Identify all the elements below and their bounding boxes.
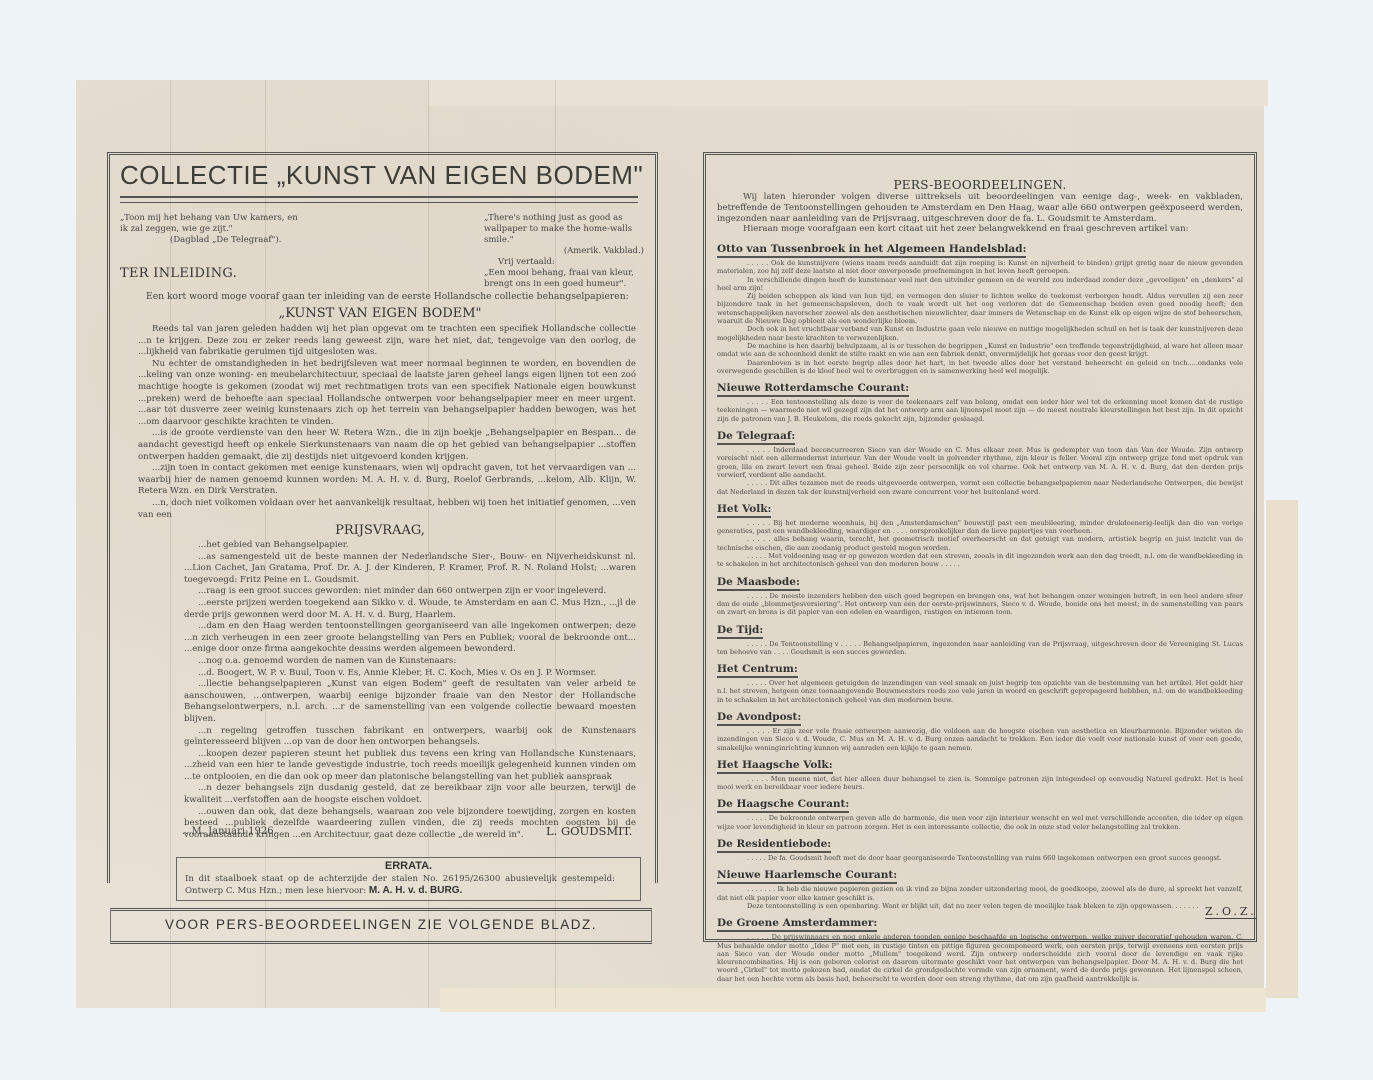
press-intro: Wij laten hieronder volgen diverse uittr… (717, 192, 1243, 235)
paragraph: ...d. Boogert, W. P. v. Buul, Toon v. Es… (184, 668, 636, 680)
review-block: De Haagsche Courant:. . . . . De bekroon… (717, 792, 1243, 831)
review-text: . . . . . Men meene niet, dat hier allee… (717, 775, 1243, 792)
review-paragraph: . . . . . Ook de kunstnijvere (wiens naa… (717, 259, 1243, 276)
quote-right: „There's nothing just as good as wallpap… (484, 213, 644, 290)
review-text: . . . . . Bij het moderne woonhuis, bij … (717, 519, 1243, 569)
paper-overlap-right (1266, 500, 1298, 998)
paragraph: ...raag is een groot succes geworden: ni… (184, 586, 636, 598)
review-paragraph: Zij beiden scheppen als kind van hun tij… (717, 292, 1243, 325)
quote-right-translation-label: Vrij vertaald: (484, 257, 644, 268)
paragraph: ...eerste prijzen werden toegekend aan S… (184, 598, 636, 621)
intro-body: Reeds tal van jaren geleden hadden wij h… (138, 324, 636, 521)
page-title: COLLECTIE „KUNST VAN EIGEN BODEM" (120, 160, 640, 191)
review-source: De Haagsche Courant: (717, 798, 849, 813)
review-text: . . . . . Over het algemeen getuigden de… (717, 679, 1243, 704)
review-paragraph: Daarenboven is in het eerste begrip alle… (717, 359, 1243, 376)
review-paragraph: . . . . . Men meene niet, dat hier allee… (717, 775, 1243, 792)
review-block: Otto van Tussenbroek in het Algemeen Han… (717, 237, 1243, 375)
review-block: De Avondpost:. . . . . Er zijn zeer vele… (717, 705, 1243, 752)
paragraph: ...koopen dezer papieren steunt het publ… (184, 749, 636, 784)
review-source: Nieuwe Haarlemsche Courant: (717, 869, 897, 884)
paragraph: ...het gebied van Behangselpapier. (184, 540, 636, 552)
paragraph: ...n dezer behangsels zijn dusdanig gest… (184, 783, 636, 806)
review-block: Nieuwe Haarlemsche Courant:. . . . . . .… (717, 863, 1243, 910)
errata-correction: M. A. H. v. d. BURG. (369, 885, 462, 896)
review-paragraph: De machine is hen daarbij behulpzaam, al… (717, 342, 1243, 359)
review-paragraph: . . . . . . . Ik heb die nieuwe papieren… (717, 885, 1243, 902)
review-paragraph: . . . . . Bij het moderne woonhuis, bij … (717, 519, 1243, 536)
review-paragraph: . . . . . De Tentoonstelling v . . . . .… (717, 640, 1243, 657)
paragraph: ...dam en den Haag werden tentoonstellin… (184, 621, 636, 656)
intro-heading: TER INLEIDING. (120, 266, 237, 281)
paragraph: Nu echter de omstandigheden in het bedri… (138, 359, 636, 429)
errata-text: In dit staalboek staat op de achterzijde… (185, 874, 615, 897)
review-source: De Avondpost: (717, 711, 801, 726)
paragraph: ...as samengesteld uit de beste mannen d… (184, 552, 636, 587)
review-block: De Telegraaf:. . . . . Inderdaad beconcu… (717, 424, 1243, 496)
quote-left-attribution: (Dagblad „De Telegraaf"). (120, 235, 300, 246)
quote-right-attribution: (Amerik. Vakblad.) (484, 246, 644, 257)
paper-overlap-bottom (440, 988, 1266, 1012)
signature: L. GOUDSMIT. (546, 824, 632, 838)
review-source: De Telegraaf: (717, 430, 795, 445)
zoz-mark: Z.O.Z. (1205, 905, 1257, 919)
review-paragraph: Doch ook in het vruchtbaar verband van K… (717, 325, 1243, 342)
review-source: Het Centrum: (717, 663, 798, 678)
review-block: Het Centrum:. . . . . Over het algemeen … (717, 657, 1243, 704)
paragraph: ...llectie behangselpapieren „Kunst van … (184, 679, 636, 725)
review-text: . . . . . De fa. Goudsmit heeft met de d… (717, 854, 1243, 862)
footer-box: VOOR PERS-BEOORDEELINGEN ZIE VOLGENDE BL… (110, 908, 652, 944)
paragraph: ...n regeling getroffen tusschen fabrika… (184, 726, 636, 749)
review-text: . . . . . Inderdaad beconcurreeren Sieco… (717, 446, 1243, 496)
review-paragraph: In verschillende dingen heeft de kunsten… (717, 276, 1243, 293)
review-source: De Tijd: (717, 624, 763, 639)
footer-text: VOOR PERS-BEOORDEELINGEN ZIE VOLGENDE BL… (111, 917, 651, 932)
review-block: Het Volk:. . . . . Bij het moderne woonh… (717, 497, 1243, 569)
review-block: De Tijd:. . . . . De Tentoonstelling v .… (717, 618, 1243, 657)
review-source: De Groene Amsterdammer: (717, 917, 877, 932)
paragraph: ...nog o.a. genoemd worden de namen van … (184, 656, 636, 668)
review-source: De Maasbode: (717, 576, 800, 591)
review-paragraph: . . . . . Een tentoonstelling als deze i… (717, 398, 1243, 423)
paragraph: Reeds tal van jaren geleden hadden wij h… (138, 324, 636, 359)
prize-body: ...het gebied van Behangselpapier....as … (184, 540, 636, 841)
quote-left: „Toon mij het behang van Uw kamers, en i… (120, 213, 300, 246)
review-text: . . . . . Er zijn zeer vele fraaie ontwe… (717, 727, 1243, 752)
review-source: Nieuwe Rotterdamsche Courant: (717, 382, 909, 397)
paragraph: ...zijn toen in contact gekomen met eeni… (138, 463, 636, 498)
paragraph: ...n, doch niet volkomen voldaan over he… (138, 498, 636, 521)
review-paragraph: . . . . . Over het algemeen getuigden de… (717, 679, 1243, 704)
review-paragraph: . . . . . Inderdaad beconcurreeren Sieco… (717, 446, 1243, 479)
review-block: De Maasbode:. . . . . De meeste inzender… (717, 570, 1243, 617)
review-source: Otto van Tussenbroek in het Algemeen Han… (717, 243, 1026, 258)
review-block: De Groene Amsterdammer:. . . . . De prij… (717, 911, 1243, 983)
prize-heading: PRIJSVRAAG, (120, 523, 640, 538)
errata-box: ERRATA. In dit staalboek staat op de ach… (176, 857, 641, 901)
review-block: Nieuwe Rotterdamsche Courant:. . . . . E… (717, 376, 1243, 423)
paragraph: ...is de groote verdienste van den heer … (138, 428, 636, 463)
review-paragraph: . . . . . De meeste inzenders hebben den… (717, 592, 1243, 617)
date-line: ...M. Januari 1926. (182, 826, 277, 837)
press-intro-paragraph: Hieraan moge voorafgaan een kort citaat … (717, 224, 1243, 235)
review-paragraph: . . . . . De fa. Goudsmit heeft met de d… (717, 854, 1243, 862)
quote-right-translation: „Een mooi behang, fraai van kleur, breng… (484, 268, 644, 290)
review-paragraph: . . . . . Er zijn zeer vele fraaie ontwe… (717, 727, 1243, 752)
review-block: Het Haagsche Volk:. . . . . Men meene ni… (717, 753, 1243, 792)
review-paragraph: . . . . . alles behang waarin, terecht, … (717, 535, 1243, 552)
reviews-list: Otto van Tussenbroek in het Algemeen Han… (717, 237, 1243, 984)
review-text: . . . . . . . Ik heb die nieuwe papieren… (717, 885, 1243, 910)
quote-right-text: „There's nothing just as good as wallpap… (484, 213, 632, 245)
press-title: PERS-BEOORDEELINGEN. (703, 178, 1257, 192)
review-source: De Residentiebode: (717, 838, 831, 853)
review-text: . . . . . De bekroonde ontwerpen geven a… (717, 814, 1243, 831)
review-paragraph: . . . . . De prijswinnaars en nog enkele… (717, 933, 1243, 983)
paper-overlap-top (428, 80, 1268, 106)
review-paragraph: . . . . . De bekroonde ontwerpen geven a… (717, 814, 1243, 831)
collection-heading: „KUNST VAN EIGEN BODEM" (120, 306, 640, 321)
review-paragraph: . . . . . Dit alles tezamen met de reeds… (717, 479, 1243, 496)
review-text: . . . . . Een tentoonstelling als deze i… (717, 398, 1243, 423)
review-paragraph: . . . . . Met voldoening mag er op gewez… (717, 552, 1243, 569)
review-text: . . . . . Ook de kunstnijvere (wiens naa… (717, 259, 1243, 375)
review-source: Het Haagsche Volk: (717, 759, 833, 774)
review-text: . . . . . De meeste inzenders hebben den… (717, 592, 1243, 617)
review-paragraph: Deze tentoonstelling is een openbaring. … (717, 902, 1243, 910)
review-text: . . . . . De prijswinnaars en nog enkele… (717, 933, 1243, 983)
intro-lead: Een kort woord moge vooraf gaan ter inle… (146, 291, 636, 304)
press-intro-paragraph: Wij laten hieronder volgen diverse uittr… (717, 192, 1243, 224)
errata-title: ERRATA. (177, 860, 640, 872)
review-source: Het Volk: (717, 503, 771, 518)
review-block: De Residentiebode:. . . . . De fa. Gouds… (717, 832, 1243, 862)
quote-left-text: „Toon mij het behang van Uw kamers, en i… (120, 213, 298, 234)
title-rule (120, 196, 638, 203)
review-text: . . . . . De Tentoonstelling v . . . . .… (717, 640, 1243, 657)
